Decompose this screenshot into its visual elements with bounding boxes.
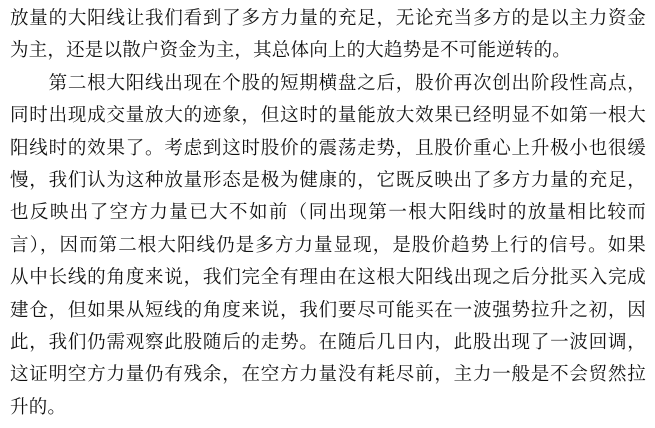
text-line: 此，我们仍需观察此股随后的走势。在随后几日内，此股出现了一波回调， — [10, 327, 646, 359]
book-page: 放量的大阳线让我们看到了多方力量的充足，无论充当多方的是以主力资金 为主，还是以… — [0, 0, 655, 428]
text-line: 从中长线的角度来说，我们完全有理由在这根大阳线出现之后分批买入完成 — [10, 262, 646, 294]
text-line: 为主，还是以散户资金为主，其总体向上的大趋势是不可能逆转的。 — [10, 35, 646, 67]
text-line: 这证明空方力量仍有残余，在空方力量没有耗尽前，主力一般是不会贸然拉 — [10, 359, 646, 391]
text-line: 第二根大阳线出现在个股的短期横盘之后，股价再次创出阶段性高点， — [10, 68, 646, 100]
text-line: 阳线时的效果了。考虑到这时股价的震荡走势，且股价重心上升极小也很缓 — [10, 133, 646, 165]
text-line: 放量的大阳线让我们看到了多方力量的充足，无论充当多方的是以主力资金 — [10, 3, 646, 35]
text-line: 建仓，但如果从短线的角度来说，我们要尽可能买在一波强势拉升之初，因 — [10, 295, 646, 327]
text-line: 同时出现成交量放大的迹象，但这时的量能放大效果已经明显不如第一根大 — [10, 100, 646, 132]
paragraph-1: 放量的大阳线让我们看到了多方力量的充足，无论充当多方的是以主力资金 为主，还是以… — [10, 3, 646, 68]
text-line: 慢，我们认为这种放量形态是极为健康的，它既反映出了多方力量的充足， — [10, 165, 646, 197]
paragraph-2: 第二根大阳线出现在个股的短期横盘之后，股价再次创出阶段性高点， 同时出现成交量放… — [10, 68, 646, 424]
text-line: 升的。 — [10, 392, 646, 424]
text-line: 也反映出了空方力量已大不如前（同出现第一根大阳线时的放量相比较而 — [10, 197, 646, 229]
text-line: 言），因而第二根大阳线仍是多方力量显现，是股价趋势上行的信号。如果 — [10, 230, 646, 262]
body-text: 放量的大阳线让我们看到了多方力量的充足，无论充当多方的是以主力资金 为主，还是以… — [10, 3, 646, 424]
